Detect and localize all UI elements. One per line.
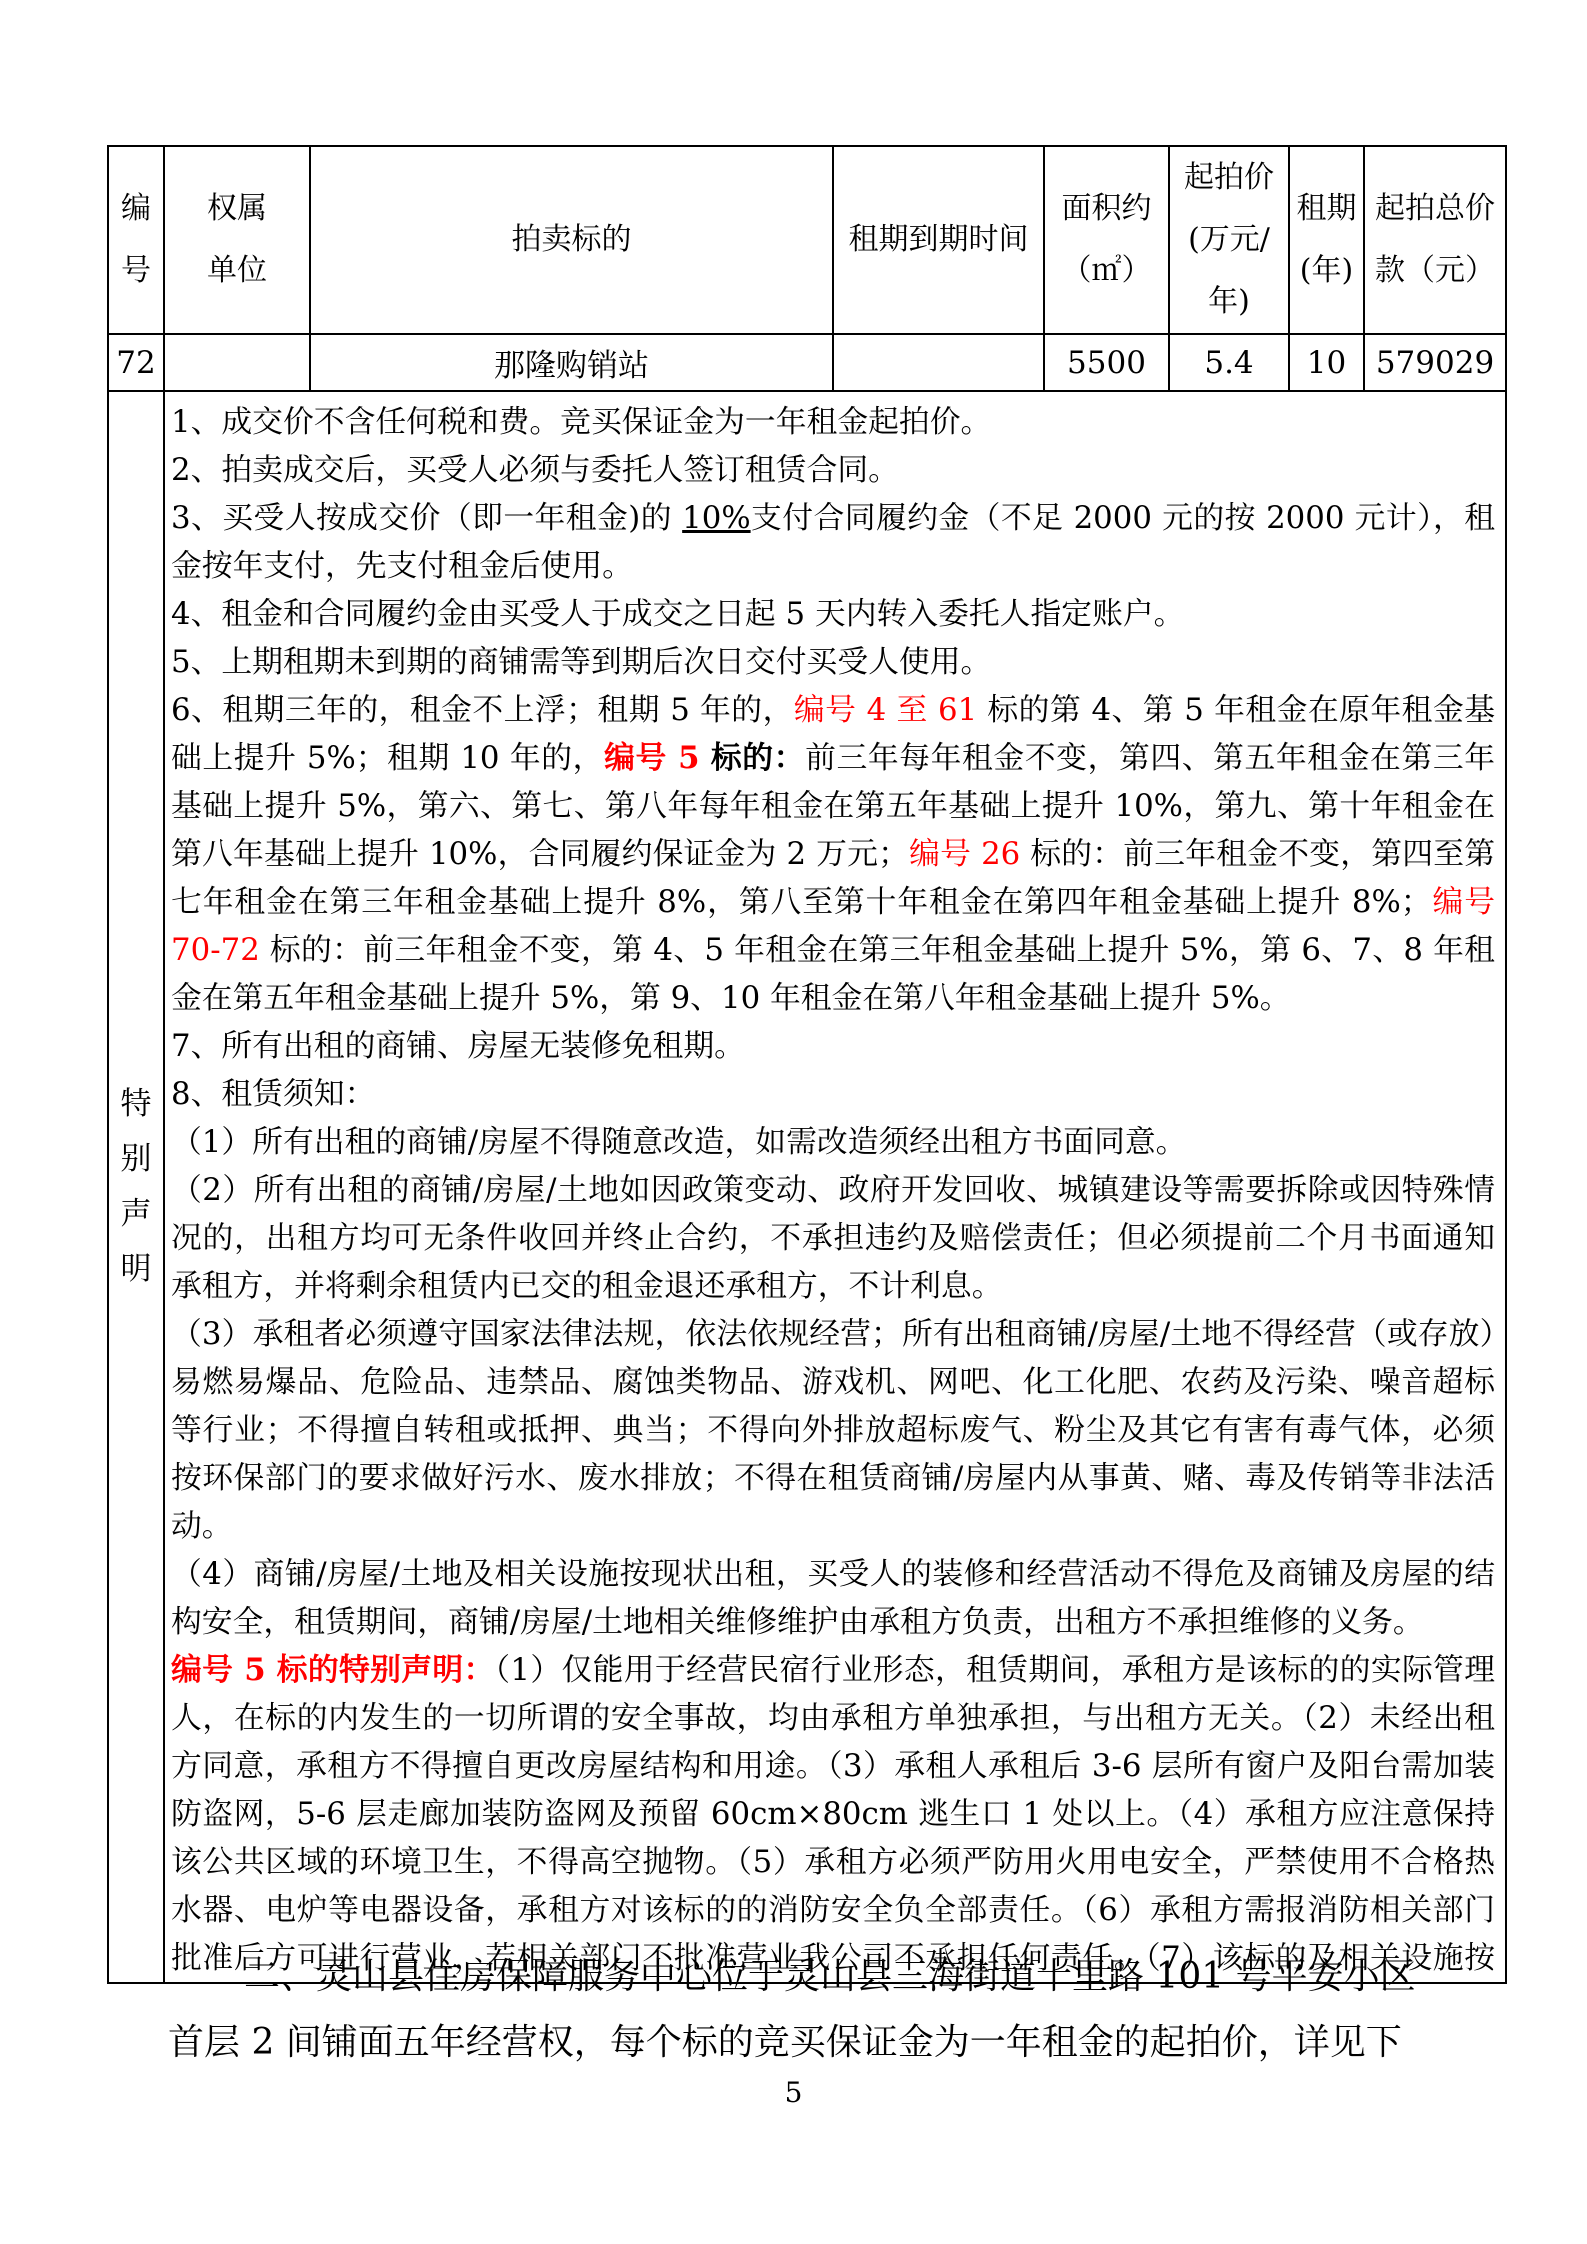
underlined-10-percent: 10% [682,500,750,536]
cell-no: 72 [108,334,164,391]
cell-auction-subject: 那隆购销站 [310,334,833,391]
header-cell-total-start-price: 起拍总价 款（元） [1364,146,1506,334]
text-segment: 8、租赁须知： [171,1076,375,1112]
text-segment: 4、租金和合同履约金由买受人于成交之日起 5 天内转入委托人指定账户。 [171,596,1184,632]
text-segment: 标的：前三年租金不变，第 4、5 年租金在第三年租金基础上提升 5%，第 6、7… [171,932,1495,1016]
auction-lot-table: 编 号 权属 单位 拍卖标的 租期到期时间 面积约 （㎡） 起拍价 (万元/年)… [107,145,1507,1984]
section-2-line-2: 首层 2 间铺面五年经营权，每个标的竞买保证金为一年租金的起拍价，详见下 [168,2010,1430,2076]
decl-item-8-1: （1）所有出租的商铺/房屋不得随意改造，如需改造须经出租方书面同意。 [171,1118,1495,1166]
header-cell-start-price: 起拍价 (万元/年) [1169,146,1289,334]
text-segment: 1、成交价不含任何税和费。竞买保证金为一年租金起拍价。 [171,404,991,440]
header-cell-owner-unit: 权属 单位 [164,146,310,334]
text-segment: 2、拍卖成交后，买受人必须与委托人签订租赁合同。 [171,452,899,488]
document-page: 编 号 权属 单位 拍卖标的 租期到期时间 面积约 （㎡） 起拍价 (万元/年)… [0,0,1587,2244]
header-cell-lease-expiry: 租期到期时间 [833,146,1044,334]
page-number: 5 [0,2076,1587,2109]
decl-item-7: 7、所有出租的商铺、房屋无装修免租期。 [171,1022,1495,1070]
text-segment: （4）商铺/房屋/土地及相关设施按现状出租，买受人的装修和经营活动不得危及商铺及… [171,1556,1495,1640]
section-2-paragraph: 二、灵山县住房保障服务中心位于灵山县三海街道十里路 101 号平安小区 首层 2… [168,1944,1430,2076]
decl-item-8-4: （4）商铺/房屋/土地及相关设施按现状出租，买受人的装修和经营活动不得危及商铺及… [171,1550,1495,1646]
text-segment: 6、租期三年的，租金不上浮；租期 5 年的， [171,692,794,728]
cell-lease-expiry [833,334,1044,391]
decl-item-2: 2、拍卖成交后，买受人必须与委托人签订租赁合同。 [171,446,1495,494]
text-segment: 7、所有出租的商铺、房屋无装修免租期。 [171,1028,745,1064]
header-cell-term: 租期 (年) [1289,146,1364,334]
decl-item-8: 8、租赁须知： [171,1070,1495,1118]
header-cell-auction-subject: 拍卖标的 [310,146,833,334]
red-ref-lot-5: 编号 5 [604,740,711,776]
cell-start-price: 5.4 [1169,334,1289,391]
cell-total-start-price: 579029 [1364,334,1506,391]
header-cell-area: 面积约 （㎡） [1044,146,1169,334]
special-declaration-cell: 1、成交价不含任何税和费。竞买保证金为一年租金起拍价。 2、拍卖成交后，买受人必… [164,391,1506,1983]
decl-item-1: 1、成交价不含任何税和费。竞买保证金为一年租金起拍价。 [171,398,1495,446]
text-segment: （3）承租者必须遵守国家法律法规，依法依规经营；所有出租商铺/房屋/土地不得经营… [171,1316,1495,1544]
text-segment: 3、买受人按成交价（即一年租金)的 [171,500,682,536]
decl-item-8-3: （3）承租者必须遵守国家法律法规，依法依规经营；所有出租商铺/房屋/土地不得经营… [171,1310,1495,1550]
cell-term: 10 [1289,334,1364,391]
text-segment: （2）所有出租的商铺/房屋/土地如因政策变动、政府开发回收、城镇建设等需要拆除或… [171,1172,1495,1304]
text-segment: （1）所有出租的商铺/房屋不得随意改造，如需改造须经出租方书面同意。 [171,1124,1186,1160]
red-lot5-special-declaration-heading: 编号 5 标的特别声明： [171,1652,495,1688]
text-segment: （1）仅能用于经营民宿行业形态，租赁期间，承租方是该标的的实际管理人，在标的内发… [171,1652,1495,1982]
section-2-line-1: 二、灵山县住房保障服务中心位于灵山县三海街道十里路 101 号平安小区 [168,1944,1430,2010]
decl-item-8-2: （2）所有出租的商铺/房屋/土地如因政策变动、政府开发回收、城镇建设等需要拆除或… [171,1166,1495,1310]
special-declaration-content: 1、成交价不含任何税和费。竞买保证金为一年租金起拍价。 2、拍卖成交后，买受人必… [165,392,1505,1982]
table-row: 72 那隆购销站 5500 5.4 10 579029 [108,334,1506,391]
decl-item-4: 4、租金和合同履约金由买受人于成交之日起 5 天内转入委托人指定账户。 [171,590,1495,638]
special-declaration-label: 特 别 声 明 [108,391,164,1983]
decl-item-3: 3、买受人按成交价（即一年租金)的 10%支付合同履约金（不足 2000 元的按… [171,494,1495,590]
decl-item-5: 5、上期租期未到期的商铺需等到期后次日交付买受人使用。 [171,638,1495,686]
cell-area: 5500 [1044,334,1169,391]
decl-item-6: 6、租期三年的，租金不上浮；租期 5 年的，编号 4 至 61 标的第 4、第 … [171,686,1495,1022]
table-header-row: 编 号 权属 单位 拍卖标的 租期到期时间 面积约 （㎡） 起拍价 (万元/年)… [108,146,1506,334]
cell-owner-unit [164,334,310,391]
text-segment: 标的： [711,740,805,776]
header-cell-no: 编 号 [108,146,164,334]
red-ref-lot-26: 编号 26 [909,836,1030,872]
decl-item-lot5-special: 编号 5 标的特别声明：（1）仅能用于经营民宿行业形态，租赁期间，承租方是该标的… [171,1646,1495,1982]
special-declaration-row: 特 别 声 明 1、成交价不含任何税和费。竞买保证金为一年租金起拍价。 2、拍卖… [108,391,1506,1983]
red-ref-lots-4-to-61: 编号 4 至 61 [794,692,988,728]
text-segment: 5、上期租期未到期的商铺需等到期后次日交付买受人使用。 [171,644,991,680]
